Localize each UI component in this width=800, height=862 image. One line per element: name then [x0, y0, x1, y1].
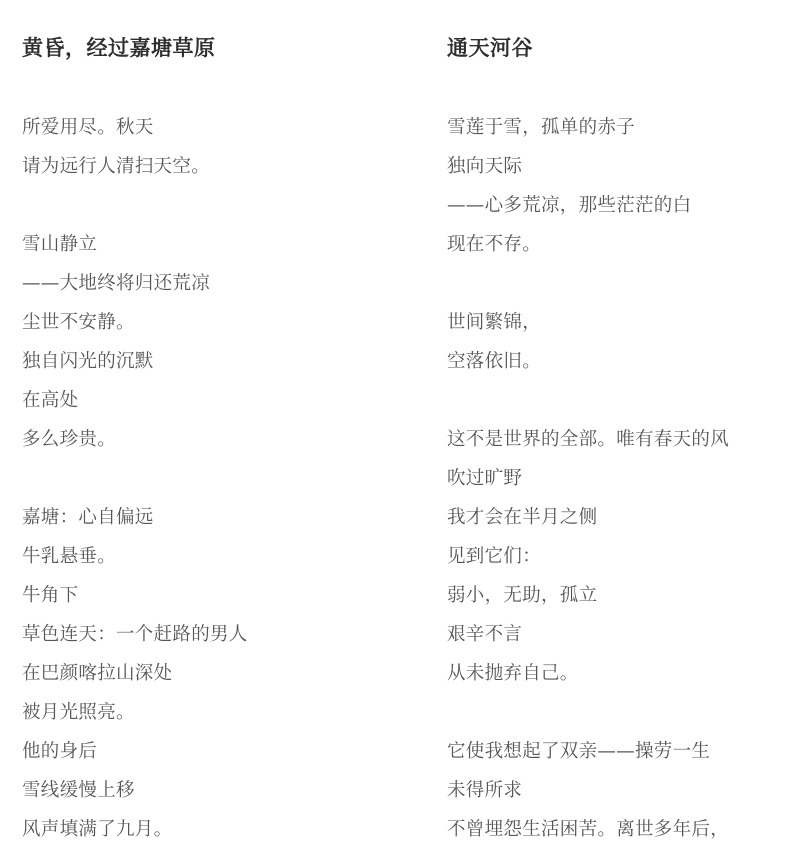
poem-line: 独自闪光的沉默: [22, 342, 248, 381]
poem-line: ——大地终将归还荒凉: [22, 264, 248, 303]
poem-line: 不曾埋怨生活困苦。离世多年后，: [447, 810, 729, 849]
poem-line: 雪莲于雪，孤单的赤子: [447, 108, 729, 147]
poem-line: ——心多荒凉，那些茫茫的白: [447, 186, 729, 225]
poem-line: 未得所求: [447, 771, 729, 810]
poem-title: 黄昏，经过嘉塘草原: [22, 33, 216, 63]
poem-line: 请为远行人清扫天空。: [22, 147, 248, 186]
poem-line: 所爱用尽。秋天: [22, 108, 248, 147]
stanza-break: [22, 459, 248, 498]
poem-line: 空落依旧。: [447, 342, 729, 381]
poem-line: 尘世不安静。: [22, 303, 248, 342]
poem-line: 在巴颜喀拉山深处: [22, 654, 248, 693]
poem-line: 嘉塘：心自偏远: [22, 498, 248, 537]
poem-line: 牛角下: [22, 576, 248, 615]
poem-body: 雪莲于雪，孤单的赤子 独向天际 ——心多荒凉，那些茫茫的白 现在不存。 世间繁锦…: [447, 108, 729, 849]
poem-body: 所爱用尽。秋天 请为远行人清扫天空。 雪山静立 ——大地终将归还荒凉 尘世不安静…: [22, 108, 248, 849]
poem-line: 在高处: [22, 381, 248, 420]
poem-line: 现在不存。: [447, 225, 729, 264]
poem-line: 被月光照亮。: [22, 693, 248, 732]
poem-line: 弱小，无助，孤立: [447, 576, 729, 615]
poem-line: 牛乳悬垂。: [22, 537, 248, 576]
stanza-break: [447, 693, 729, 732]
poem-line: 风声填满了九月。: [22, 810, 248, 849]
poem-line: 多么珍贵。: [22, 420, 248, 459]
stanza-break: [447, 381, 729, 420]
poem-line: 我才会在半月之侧: [447, 498, 729, 537]
stanza-break: [447, 264, 729, 303]
poem-line: 它使我想起了双亲——操劳一生: [447, 732, 729, 771]
poem-line: 艰辛不言: [447, 615, 729, 654]
poem-line: 从未抛弃自己。: [447, 654, 729, 693]
stanza-break: [22, 186, 248, 225]
poem-line: 见到它们：: [447, 537, 729, 576]
poem-line: 雪线缓慢上移: [22, 771, 248, 810]
poem-line: 世间繁锦，: [447, 303, 729, 342]
poem-line: 雪山静立: [22, 225, 248, 264]
poem-line: 独向天际: [447, 147, 729, 186]
poem-line: 这不是世界的全部。唯有春天的风: [447, 420, 729, 459]
poem-line: 草色连天：一个赶路的男人: [22, 615, 248, 654]
poem-line: 吹过旷野: [447, 459, 729, 498]
poem-line: 他的身后: [22, 732, 248, 771]
poem-title: 通天河谷: [447, 33, 533, 63]
